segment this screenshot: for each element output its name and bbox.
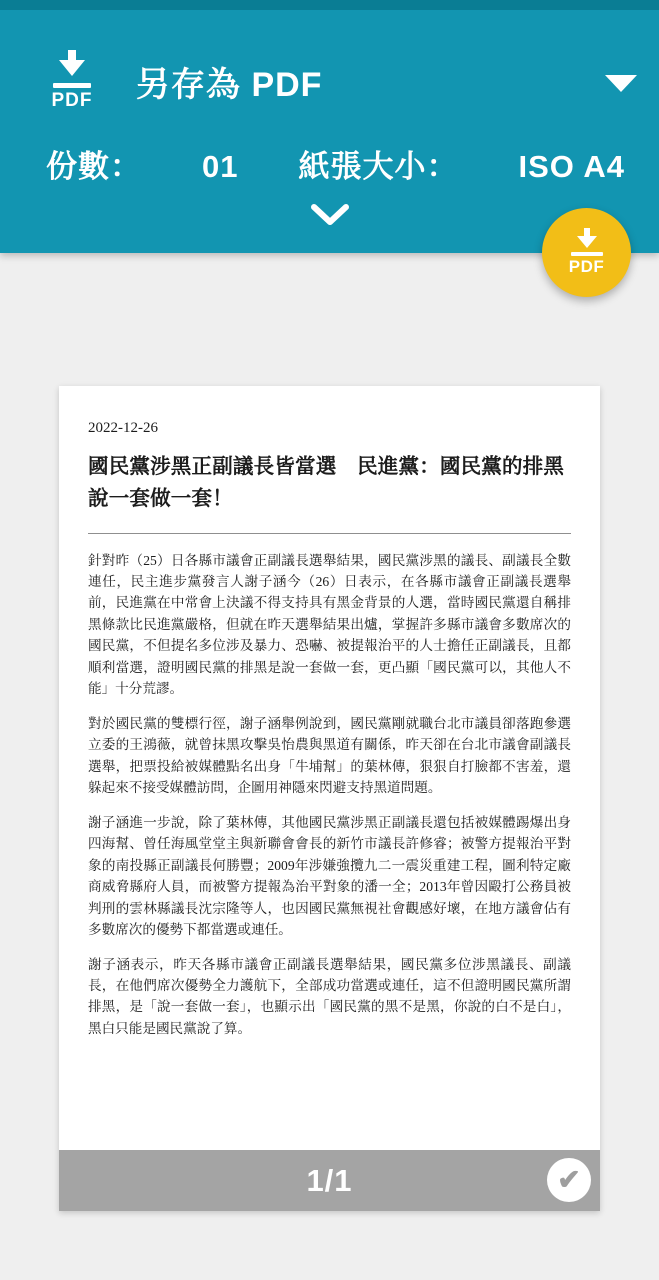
page-indicator: 1/1 bbox=[306, 1163, 352, 1199]
print-summary-row: 份數： 01 紙張大小： ISO A4 bbox=[46, 141, 625, 186]
article-paragraph: 謝子涵表示，昨天各縣市議會正副議長選舉結果，國民黨多位涉黑議長、副議長，在他們席… bbox=[88, 954, 571, 1040]
page-indicator-bar: 1/1 ✔ bbox=[59, 1150, 600, 1211]
paper-size-value[interactable]: ISO A4 bbox=[518, 149, 625, 185]
title-divider bbox=[88, 533, 571, 534]
expand-options-chevron-icon[interactable] bbox=[308, 202, 352, 228]
destination-dropdown-icon[interactable] bbox=[605, 75, 637, 92]
save-pdf-fab-button[interactable]: PDF bbox=[542, 208, 631, 297]
document-preview-page[interactable]: 2022-12-26 國民黨涉黑正副議長皆當選 民進黨：國民黨的排黑 說一套做一… bbox=[59, 386, 600, 1211]
paper-size-label: 紙張大小： bbox=[298, 141, 458, 186]
copies-value[interactable]: 01 bbox=[202, 149, 238, 185]
pdf-badge-label: PDF bbox=[569, 257, 605, 277]
article-title: 國民黨涉黑正副議長皆當選 民進黨：國民黨的排黑 說一套做一套！ bbox=[88, 451, 571, 515]
document-content: 2022-12-26 國民黨涉黑正副議長皆當選 民進黨：國民黨的排黑 說一套做一… bbox=[59, 386, 600, 1039]
print-preview-screen: PDF 另存為 PDF 份數： 01 紙張大小： ISO A4 PDF 2022… bbox=[0, 0, 659, 1280]
pdf-badge-label: PDF bbox=[52, 90, 93, 112]
destination-title: 另存為 PDF bbox=[136, 57, 322, 106]
article-paragraph: 對於國民黨的雙標行徑，謝子涵舉例說到，國民黨剛就職台北市議員卻落跑參選立委的王鴻… bbox=[88, 713, 571, 799]
article-paragraph: 針對昨（25）日各縣市議會正副議長選舉結果，國民黨涉黑的議長、副議長全數連任，民… bbox=[88, 550, 571, 700]
download-arrow-icon bbox=[55, 50, 89, 80]
download-underline bbox=[53, 83, 91, 88]
save-as-pdf-icon: PDF bbox=[44, 50, 100, 112]
page-selected-check-button[interactable]: ✔ bbox=[547, 1158, 591, 1202]
download-underline bbox=[571, 252, 603, 256]
copies-label: 份數： bbox=[46, 141, 142, 186]
article-body: 針對昨（25）日各縣市議會正副議長選舉結果，國民黨涉黑的議長、副議長全數連任，民… bbox=[88, 550, 571, 1040]
check-icon: ✔ bbox=[557, 1166, 580, 1194]
status-bar bbox=[0, 0, 659, 10]
destination-row[interactable]: PDF 另存為 PDF bbox=[44, 50, 637, 112]
article-paragraph: 謝子涵進一步說，除了葉林傳，其他國民黨涉黑正副議長還包括被媒體踢爆出身四海幫、曾… bbox=[88, 812, 571, 941]
download-arrow-icon bbox=[574, 228, 600, 250]
article-date: 2022-12-26 bbox=[88, 420, 571, 437]
